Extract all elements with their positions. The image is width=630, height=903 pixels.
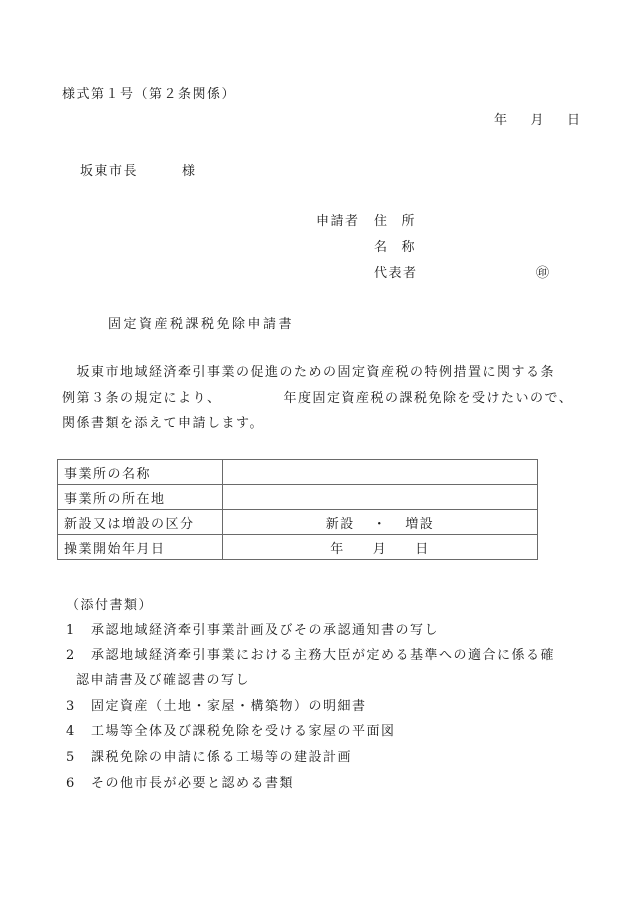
option-expansion: 増設 [405,517,434,532]
item-number: 1 [66,623,91,638]
item-number: 2 [66,648,91,663]
item-number: 6 [66,776,91,791]
applicant-address-field: 住所 [374,210,416,229]
item-number: 4 [66,724,91,739]
seal-icon: ㊞ [536,262,551,281]
statement-line-3: 関係書類を添えて申請します。 [62,411,582,437]
option-separator: ・ [373,513,388,532]
item-text: 固定資産（土地・家屋・構築物）の明細書 [91,699,367,714]
item-text: 課税免除の申請に係る工場等の建設計画 [91,750,352,765]
application-statement: 坂東市地域経済牽引事業の促進のための固定資産税の特例措置に関する条 例第３条の規… [62,360,582,437]
item-text: 承認地域経済牽引事業における主務大臣が定める基準への適合に係る確 [91,648,555,663]
applicant-label: 申請者 [316,210,360,229]
name-label-1: 名 [374,240,389,255]
list-item: 1承認地域経済牽引事業計画及びその承認通知書の写し [66,619,439,638]
statement-line-1: 坂東市地域経済牽引事業の促進のための固定資産税の特例措置に関する条 [62,360,582,386]
table-row: 新設又は増設の区分 新設・増設 [58,510,538,535]
address-label-1: 住 [374,214,389,229]
item-number: 3 [66,699,91,714]
list-item: 3固定資産（土地・家屋・構築物）の明細書 [66,695,367,714]
facility-location-value [223,485,538,510]
list-item-continuation: 認申請書及び確認書の写し [76,669,250,688]
list-item: 4工場等全体及び課税免除を受ける家屋の平面図 [66,720,396,739]
form-number: 様式第１号（第２条関係） [62,83,236,102]
submission-date: 年月日 [494,109,582,128]
name-label-2: 称 [402,240,417,255]
table-row: 事業所の名称 [58,460,538,485]
applicant-name-field: 名称 [374,236,416,255]
addressee: 坂東市長様 [80,160,197,179]
list-item: 5課税免除の申請に係る工場等の建設計画 [66,746,352,765]
list-item: 2承認地域経済牽引事業における主務大臣が定める基準への適合に係る確 [66,644,555,663]
representative-label: 代表者 [374,266,418,281]
operation-start-date-value: 年月日 [223,535,538,560]
document-title: 固定資産税課税免除申請書 [108,313,294,332]
addressee-name: 坂東市長 [80,164,138,179]
operation-start-date-label: 操業開始年月日 [58,535,223,560]
applicant-representative-field: 代表者 [374,262,418,281]
table-row: 事業所の所在地 [58,485,538,510]
addressee-honorific: 様 [182,160,197,179]
address-label-2: 所 [402,214,417,229]
table-row: 操業開始年月日 年月日 [58,535,538,560]
item-text: 承認地域経済牽引事業計画及びその承認通知書の写し [91,623,439,638]
list-item: 6その他市長が必要と認める書類 [66,772,294,791]
facility-location-label: 事業所の所在地 [58,485,223,510]
start-month-label: 月 [373,542,388,557]
start-year-label: 年 [330,542,345,557]
construction-type-label: 新設又は増設の区分 [58,510,223,535]
construction-type-value: 新設・増設 [223,510,538,535]
date-day-label: 日 [567,109,582,128]
item-text: その他市長が必要と認める書類 [91,776,294,791]
item-number: 5 [66,750,91,765]
facility-name-value [223,460,538,485]
start-day-label: 日 [415,542,430,557]
date-month-label: 月 [531,109,546,128]
facility-info-table: 事業所の名称 事業所の所在地 新設又は増設の区分 新設・増設 操業開始年月日 年… [57,459,538,560]
facility-name-label: 事業所の名称 [58,460,223,485]
item-text: 工場等全体及び課税免除を受ける家屋の平面図 [91,724,396,739]
date-year-label: 年 [494,109,509,128]
statement-line-2: 例第３条の規定により、年度固定資産税の課税免除を受けたいので、 [62,386,582,412]
attachments-heading: （添付書類） [66,594,153,613]
option-new: 新設 [326,517,355,532]
